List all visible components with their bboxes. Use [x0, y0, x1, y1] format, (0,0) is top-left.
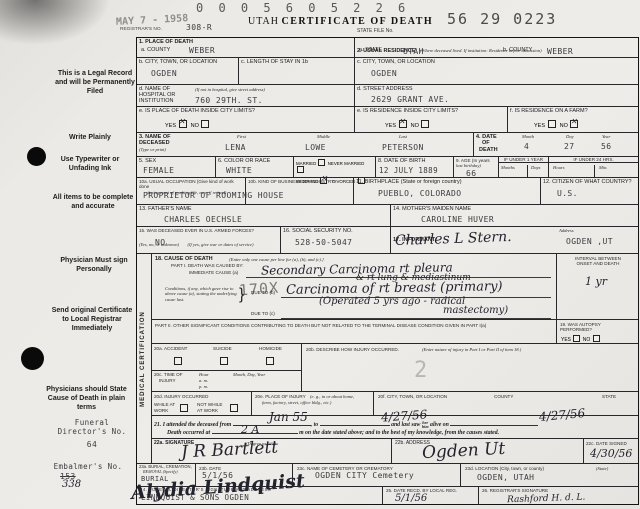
field-6-label: 6. COLOR OR RACE: [218, 158, 291, 164]
field-1d-note: (If not in hospital, give street address…: [195, 87, 265, 92]
physician-signature: J R Bartlett: [181, 437, 279, 462]
not-while-checkbox: [230, 404, 238, 412]
field-26-registrar-signature: 26. REGISTRAR'S SIGNATURE Rashford H. d.…: [478, 487, 639, 505]
serial-number-stamp: 0 0 0 5 6 0 5 2 2 6: [196, 1, 409, 15]
month-header: Month: [522, 134, 534, 139]
field-13-label: 13. FATHER'S NAME: [139, 206, 388, 212]
field-22a-signature: 22a. SIGNATURE (Degree or title) J R Bar…: [151, 439, 391, 464]
year-value: 56: [601, 142, 611, 151]
no-checkbox: [421, 120, 429, 128]
field-2a-state-label: a. STATE: [359, 47, 382, 53]
field-11-birthplace: 11. BIRTHPLACE (State or foreign country…: [353, 177, 540, 204]
middle-header: Middle: [317, 134, 330, 139]
funeral-director-no-value: 64: [48, 440, 136, 449]
yes-checkbox: [548, 120, 556, 128]
faint-digit-stamp: 2: [414, 358, 427, 383]
field-23c-cemetery: 23c. NAME OF CEMETERY OR CREMATORY OGDEN…: [292, 464, 461, 487]
certifier-row: 22a. SIGNATURE (Degree or title) J R Bar…: [151, 438, 638, 463]
field-2b-county-value: WEBER: [547, 47, 573, 56]
conditions-note: Conditions, if any, which gave rise to a…: [165, 286, 239, 302]
married-checkbox: [318, 159, 325, 166]
received-date-stamp: MAY 7 - 1958: [116, 13, 189, 28]
yes-checkbox: ✕: [179, 120, 187, 128]
medical-certification-strip: MEDICAL CERTIFICATION: [137, 253, 152, 464]
field-22c-date-signed: 22c. DATE SIGNED 4/30/56: [583, 439, 639, 464]
field-2d-street: d. STREET ADDRESS 2629 GRANT AVE.: [354, 84, 638, 106]
suicide-checkbox: [220, 357, 228, 365]
no-label: NO: [411, 123, 419, 129]
suicide-label: SUICIDE: [213, 346, 232, 351]
year-header: Year: [602, 134, 610, 139]
death-occurred-text-2: m on the date stated above; and to the b…: [299, 430, 499, 436]
field-8-label: 8. DATE OF BIRTH: [378, 158, 451, 164]
field-25-date-received: 25. DATE RECD. BY LOCAL REG. 5/1/56: [382, 487, 479, 505]
field-15-value: NO: [155, 238, 165, 247]
no-checkbox: ✕: [570, 120, 578, 128]
yes-checkbox: ✕: [399, 120, 407, 128]
certificate-form: 1. PLACE OF DEATH a. COUNTY WEBER 2. USU…: [136, 37, 639, 505]
field-3-name-of-deceased: 3. NAME OF DECEASED (Type or print) Firs…: [137, 132, 473, 156]
check-mark: ✕: [570, 117, 577, 126]
field-23c-value: OGDEN CITY Cemetery: [315, 471, 461, 480]
field-22c-label: 22c. DATE SIGNED: [586, 441, 627, 446]
field-2d-value: 2629 GRANT AVE.: [371, 95, 636, 104]
day-header: Day: [566, 134, 574, 139]
date-signed-value: 4/30/56: [590, 447, 632, 460]
margin-note-typewriter: Use Typewriter or Unfading Ink: [45, 155, 135, 173]
not-while-label2: AT WORK: [197, 408, 218, 413]
state-file-number-stamp: 56 29 0223: [447, 10, 557, 28]
field-2a-state-value: UTAH: [403, 47, 424, 56]
field-18-label: 18. CAUSE OF DEATH: [155, 256, 213, 262]
field-16-value: 528-50-5047: [295, 238, 388, 247]
field-23d-location: 23d. LOCATION (City, town, or county) (S…: [460, 464, 639, 487]
check-mark: ✕: [179, 117, 186, 126]
attended-from-value: Jan 55: [269, 410, 308, 424]
field-1c-length-of-stay: c. LENGTH OF STAY IN 1b: [238, 57, 354, 84]
no-label: NO: [191, 123, 199, 129]
field-5-sex: 5. SEX FEMALE: [137, 156, 215, 177]
title-main: CERTIFICATE OF DEATH: [281, 16, 433, 27]
death-occurred-text: Death occurred at: [167, 430, 210, 436]
field-2c-city: c. CITY, TOWN, OR LOCATION OGDEN: [354, 57, 638, 84]
field-20f-label: 20f. CITY, TOWN, OR LOCATION: [378, 394, 447, 399]
field-1e-label: e. IS PLACE OF DEATH INSIDE CITY LIMITS?: [139, 108, 352, 114]
yes-label: YES: [165, 123, 176, 129]
month-value: 4: [524, 142, 529, 151]
death-time-value: 2 A: [241, 423, 259, 436]
death-certificate-scan: 0 0 0 5 6 0 5 2 2 6 MAY 7 - 1958 REGISTR…: [0, 0, 640, 509]
months-header: Months: [501, 165, 515, 170]
form-title: UTAH CERTIFICATE OF DEATH: [248, 16, 433, 27]
field-12-value: U.S.: [557, 189, 636, 198]
no-checkbox: [593, 335, 600, 342]
field-14-label: 14. MOTHER'S MAIDEN NAME: [393, 206, 636, 212]
never-married-checkbox: [297, 166, 304, 173]
hour-header: Hour: [199, 372, 209, 377]
yes-label: YES: [534, 123, 545, 129]
mdy-header: Month, Day, Year: [233, 372, 265, 377]
attended-text-2: , to: [311, 422, 318, 428]
due-to-c-label: DUE TO (c): [251, 311, 275, 316]
immediate-cause-label: IMMEDIATE CAUSE (a): [189, 270, 238, 275]
punch-hole: [21, 347, 44, 370]
field-1b-label: b. CITY, TOWN, OR LOCATION: [139, 59, 236, 65]
field-9-under-24-hrs: IF UNDER 24 HRS. Hours Min.: [548, 156, 638, 177]
field-16-label: 16. SOCIAL SECURITY NO.: [283, 228, 388, 234]
field-20d-label: 20d. INJURY OCCURRED: [154, 394, 251, 399]
physician-address: Ogden Ut: [422, 439, 506, 463]
field-20e-note: (e. g., in or about home,: [310, 394, 354, 399]
field-9-age: 9. AGE (In years last birthday) 66: [453, 156, 498, 177]
while-at-work-label2: WORK: [154, 408, 168, 413]
under-24-hrs-label: IF UNDER 24 HRS.: [549, 157, 638, 163]
field-25-value: 5/1/56: [395, 493, 479, 504]
while-at-work-label: WHILE AT: [154, 402, 175, 407]
part-2-row: PART II. OTHER SIGNIFICANT CONDITIONS CO…: [151, 319, 638, 343]
field-14-value: CAROLINE HUVER: [421, 215, 636, 224]
am-label: a. m.: [199, 378, 208, 383]
first-name-value: LENA: [225, 143, 246, 152]
field-6-value: WHITE: [226, 166, 291, 175]
part1-label: PART I. DEATH WAS CAUSED BY:: [171, 263, 244, 268]
medical-certification-label: MEDICAL CERTIFICATION: [140, 311, 146, 407]
state-header: STATE: [602, 394, 616, 399]
field-7-marital-status: MARRIED NEVER MARRIED WIDOWED ✕ DIVORCED: [293, 156, 375, 177]
field-15-armed-forces: 15. WAS DECEASED EVER IN U.S. ARMED FORC…: [137, 226, 280, 253]
field-19-label2: PERFORMED?: [560, 327, 639, 332]
field-20b-note: (Enter nature of injury in Part I or Par…: [422, 347, 521, 352]
homicide-label: HOMICIDE: [259, 346, 282, 351]
field-15-label: 15. WAS DECEASED EVER IN U.S. ARMED FORC…: [139, 228, 278, 233]
field-20e-label: 20e. PLACE OF INJURY: [255, 394, 306, 399]
margin-note-complete: All items to be complete and accurate: [52, 193, 134, 211]
while-at-work-checkbox: [180, 404, 188, 412]
field-2b-county-label: b. COUNTY: [503, 47, 532, 53]
field-8-value: 12 JULY 1889: [379, 166, 451, 175]
field-1e-city-limits: e. IS PLACE OF DEATH INSIDE CITY LIMITS?…: [137, 106, 354, 132]
field-2f-farm: f. IS RESIDENCE ON A FARM? YES NO ✕: [507, 106, 638, 132]
field-2-usual-residence: 2. USUAL RESIDENCE (Where deceased lived…: [354, 38, 638, 57]
field-2e-city-limits: e. IS RESIDENCE INSIDE CITY LIMITS? YES …: [354, 106, 507, 132]
field-20c-label: 20c. TIME OF: [154, 372, 183, 377]
registrar-no-value: 308-R: [186, 23, 212, 32]
field-10a-label: 10a. USUAL OCCUPATION (Give kind of work…: [139, 179, 243, 190]
field-9-under-1-year: IF UNDER 1 YEAR Months Days: [498, 156, 548, 177]
field-18-note: [Enter only one cause per line for (a), …: [229, 257, 324, 262]
field-8-date-of-birth: 8. DATE OF BIRTH 12 JULY 1889: [375, 156, 453, 177]
field-1c-label: c. LENGTH OF STAY IN 1b: [241, 59, 352, 65]
accident-checkbox: [174, 357, 182, 365]
embalmer-no-label: Embalmer's No.: [40, 462, 136, 471]
field-13-value: CHARLES OECHSLE: [164, 215, 388, 224]
field-5-value: FEMALE: [143, 166, 213, 175]
field-23d-label: 23d. LOCATION (City, town, or county): [465, 466, 544, 471]
field-20d-occurred: 20d. INJURY OCCURRED WHILE AT WORK NOT W…: [151, 392, 251, 416]
part2-label: PART II. OTHER SIGNIFICANT CONDITIONS CO…: [155, 323, 550, 328]
punch-hole: [27, 147, 46, 166]
field-4-date-of-death: 4. DATE OF DEATH Month Day Year 4 27 56: [473, 132, 638, 156]
field-2d-label: d. STREET ADDRESS: [357, 86, 636, 92]
check-mark: ✕: [399, 117, 406, 126]
no-label: NO: [560, 123, 568, 129]
under-1-year-label: IF UNDER 1 YEAR: [499, 157, 548, 163]
yes-label: YES: [385, 123, 396, 129]
field-5-label: 5. SEX: [139, 158, 213, 164]
due-to-b-label: DUE TO (b): [251, 290, 275, 295]
middle-name-value: LOWE: [305, 143, 326, 152]
field-20b-label: 20b. DESCRIBE HOW INJURY OCCURRED.: [306, 347, 399, 352]
not-while-label: NOT WHILE: [197, 402, 222, 407]
field-20c-label2: INJURY: [159, 378, 176, 383]
county-header: COUNTY: [494, 394, 513, 399]
hours-header: Hours: [553, 165, 565, 170]
field-2c-value: OGDEN: [371, 69, 636, 78]
field-20e-note2: farm, factory, street, office bldg., etc…: [262, 400, 331, 405]
last-seen-value: 4/27/56: [538, 406, 585, 424]
field-2e-label: e. IS RESIDENCE INSIDE CITY LIMITS?: [357, 108, 505, 114]
interval-a-value: 1 yr: [585, 275, 639, 288]
registrar-no-label: REGISTRAR'S NO.: [120, 27, 162, 33]
field-1b-city: b. CITY, TOWN, OR LOCATION OGDEN: [137, 57, 238, 84]
field-2c-label: c. CITY, TOWN, OR LOCATION: [357, 59, 636, 65]
day-value: 27: [564, 142, 574, 151]
field-22b-address: 22b. ADDRESS Ogden Ut: [391, 439, 584, 464]
him-label: him: [422, 425, 429, 429]
field-11-value: PUEBLO, COLORADO: [378, 189, 538, 198]
state-note: (State): [596, 466, 608, 471]
pm-label: p. m.: [199, 384, 208, 389]
interval-label2: ONSET AND DEATH: [557, 261, 639, 266]
field-1d-hospital: d. NAME OF HOSPITAL OR INSTITUTION (If n…: [137, 84, 354, 106]
never-married-label: NEVER MARRIED: [328, 161, 365, 166]
field-17-informant: 17. INFORMANT Address Charles L Stern. O…: [390, 226, 638, 253]
margin-note-physician-sign: Physician Must sign Personally: [55, 256, 133, 274]
embalmer-no-new: 338: [62, 479, 81, 490]
title-state: UTAH: [248, 16, 279, 27]
address-header: Address: [559, 228, 574, 233]
field-1a-county-label: a. COUNTY: [141, 47, 170, 53]
field-1d-value: 760 29TH. ST.: [195, 96, 263, 105]
accident-label: 20a. ACCIDENT: [154, 346, 187, 351]
homicide-checkbox: [266, 357, 274, 365]
field-1-label: 1. PLACE OF DEATH: [139, 39, 352, 45]
field-15-note2: (If yes, give war or dates of service): [187, 242, 253, 247]
informant-signature: Charles L Stern.: [395, 229, 512, 249]
attended-text-1: 21. I attended the deceased from: [154, 422, 231, 428]
field-6-race: 6. COLOR OR RACE WHITE: [215, 156, 293, 177]
scan-smudge: [0, 0, 110, 45]
field-2f-label: f. IS RESIDENCE ON A FARM?: [510, 108, 636, 114]
informant-address: OGDEN ,UT: [566, 237, 613, 246]
field-23d-value: OGDEN, UTAH: [477, 473, 639, 482]
field-11-label: 11. BIRTHPLACE (State or foreign country…: [356, 179, 538, 185]
margin-note-plain-terms: Physicians should State Cause of Death i…: [38, 385, 135, 412]
last-header: Last: [399, 134, 407, 139]
bracket-glyph: }: [239, 286, 244, 304]
attended-text-4: alive on: [430, 422, 449, 428]
margin-note-send-original: Send original Certificate to Local Regis…: [50, 306, 134, 333]
field-19-autopsy: 19. WAS AUTOPSY PERFORMED? YES NO: [556, 320, 639, 344]
funeral-director-no-label: Funeral Director's No.: [48, 418, 136, 436]
field-13-father: 13. FATHER'S NAME CHARLES OECHSLE: [137, 204, 390, 226]
margin-note-legal-record: This is a Legal Record and will be Perma…: [55, 69, 135, 96]
field-4-label3: DEATH: [479, 147, 636, 153]
interval-column: INTERVAL BETWEEN ONSET AND DEATH 1 yr: [556, 254, 639, 320]
field-21-attended: 21. I attended the deceased from , to an…: [151, 415, 638, 438]
field-1d-label3: INSTITUTION: [139, 98, 174, 104]
field-20a-manner: 20a. ACCIDENT SUICIDE HOMICIDE: [151, 344, 301, 371]
margin-note-write-plainly: Write Plainly: [45, 133, 135, 142]
last-name-value: PETERSON: [382, 143, 424, 152]
occupation-value: PROPRIETOR OF ROOMING HOUSE: [143, 191, 284, 200]
field-14-mother: 14. MOTHER'S MAIDEN NAME CAROLINE HUVER: [390, 204, 638, 226]
state-file-label: STATE FILE No.: [357, 29, 394, 35]
first-header: First: [237, 134, 246, 139]
field-16-ssn: 16. SOCIAL SECURITY NO. 528-50-5047: [280, 226, 390, 253]
field-1-place-of-death: 1. PLACE OF DEATH a. COUNTY WEBER: [137, 38, 354, 57]
field-18-cause-of-death: INTERVAL BETWEEN ONSET AND DEATH 1 yr 18…: [151, 253, 638, 319]
cause-b-note2: mastectomy): [443, 305, 508, 316]
yes-checkbox: [573, 335, 580, 342]
field-10b-label: 10b. KIND OF BUSINESS OR INDUSTRY: [248, 179, 351, 184]
code-170x-stamp: 170X: [238, 279, 279, 300]
field-20c-time-of-injury: 20c. TIME OF INJURY Hour a. m. p. m. Mon…: [151, 370, 301, 392]
field-1b-value: OGDEN: [151, 69, 236, 78]
no-checkbox: [201, 120, 209, 128]
field-12-label: 12. CITIZEN OF WHAT COUNTRY?: [543, 179, 636, 185]
field-1a-county-value: WEBER: [189, 46, 215, 55]
injury-section: 20a. ACCIDENT SUICIDE HOMICIDE 20c. TIME…: [151, 343, 638, 391]
field-12-citizen: 12. CITIZEN OF WHAT COUNTRY? U.S.: [540, 177, 638, 204]
field-20b-describe: 20b. DESCRIBE HOW INJURY OCCURRED. (Ente…: [301, 344, 639, 392]
